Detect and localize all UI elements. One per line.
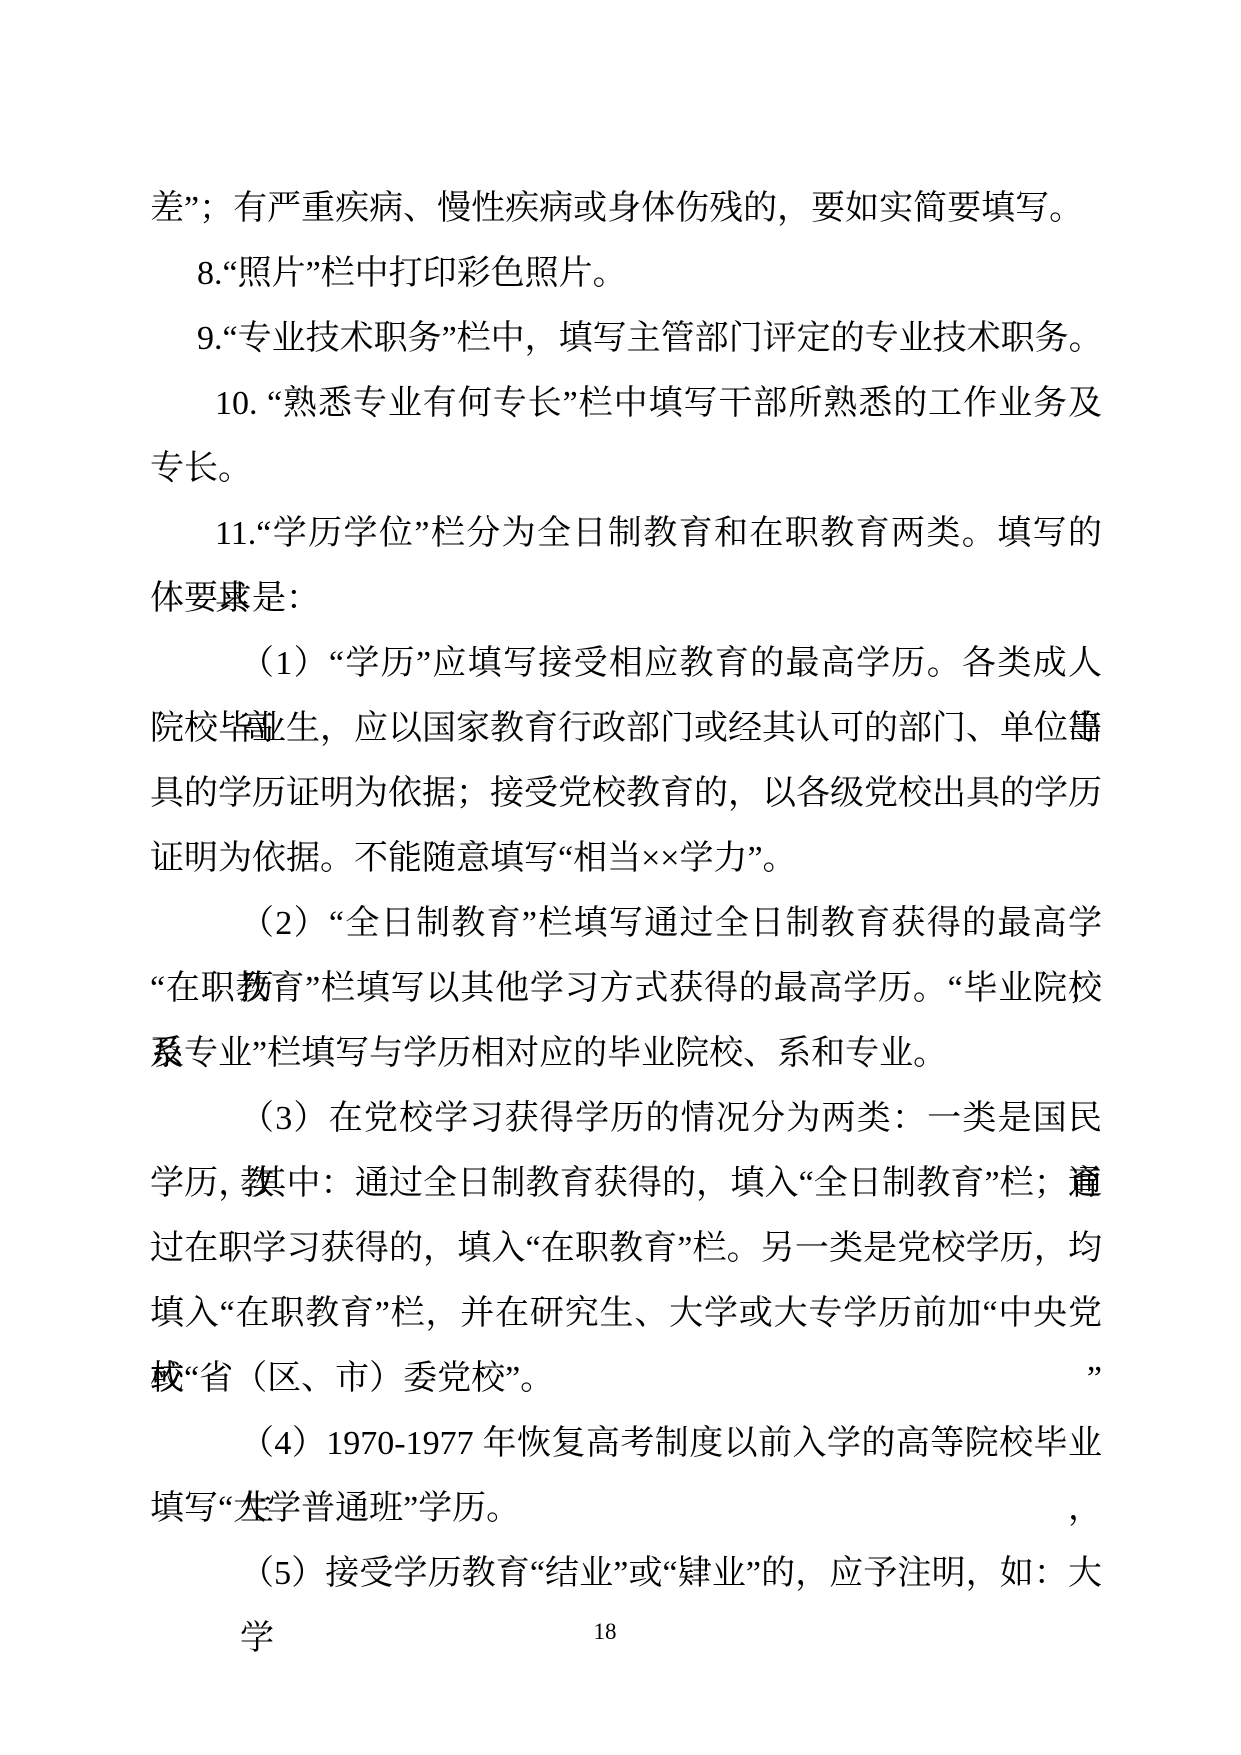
body-line-09: 院校毕业生，应以国家教育行政部门或经其认可的部门、单位出 (150, 696, 1102, 761)
body-line-22: （5）接受学历教育“结业”或“肄业”的，应予注明，如：大学 (150, 1541, 1102, 1606)
page-number: 18 (0, 1618, 1210, 1646)
body-line-08: （1）“学历”应填写接受相应教育的最高学历。各类成人高等 (150, 631, 1102, 696)
body-line-03: 9.“专业技术职务”栏中，填写主管部门评定的专业技术职务。 (150, 306, 1102, 371)
body-line-07: 体要求是： (150, 566, 1102, 631)
body-line-17: 过在职学习获得的，填入“在职教育”栏。另一类是党校学历，均 (150, 1216, 1102, 1281)
body-line-18: 填入“在职教育”栏，并在研究生、大学或大专学历前加“中央党校” (150, 1281, 1102, 1346)
body-line-02: 8.“照片”栏中打印彩色照片。 (150, 241, 1102, 306)
body-line-01: 差”；有严重疾病、慢性疾病或身体伤残的，要如实简要填写。 (150, 176, 1102, 241)
text-block: 差”；有严重疾病、慢性疾病或身体伤残的，要如实简要填写。 8.“照片”栏中打印彩… (150, 176, 1102, 1606)
body-line-10: 具的学历证明为依据；接受党校教育的，以各级党校出具的学历 (150, 761, 1102, 826)
document-page: 差”；有严重疾病、慢性疾病或身体伤残的，要如实简要填写。 8.“照片”栏中打印彩… (0, 0, 1241, 1755)
body-line-06: 11.“学历学位”栏分为全日制教育和在职教育两类。填写的具 (150, 501, 1102, 566)
body-line-05: 专长。 (150, 436, 1102, 501)
body-line-04: 10. “熟悉专业有何专长”栏中填写干部所熟悉的工作业务及 (150, 371, 1102, 436)
body-line-16: 学历，其中：通过全日制教育获得的，填入“全日制教育”栏；通 (150, 1151, 1102, 1216)
body-line-11: 证明为依据。不能随意填写“相当××学力”。 (150, 826, 1102, 891)
body-line-13: “在职教育”栏填写以其他学习方式获得的最高学历。“毕业院校系 (150, 956, 1102, 1021)
body-line-15: （3）在党校学习获得学历的情况分为两类：一类是国民教育 (150, 1086, 1102, 1151)
body-line-12: （2）“全日制教育”栏填写通过全日制教育获得的最高学历； (150, 891, 1102, 956)
body-line-20: （4）1970-1977 年恢复高考制度以前入学的高等院校毕业生， (150, 1411, 1102, 1476)
body-line-14: 及专业”栏填写与学历相对应的毕业院校、系和专业。 (150, 1021, 1102, 1086)
